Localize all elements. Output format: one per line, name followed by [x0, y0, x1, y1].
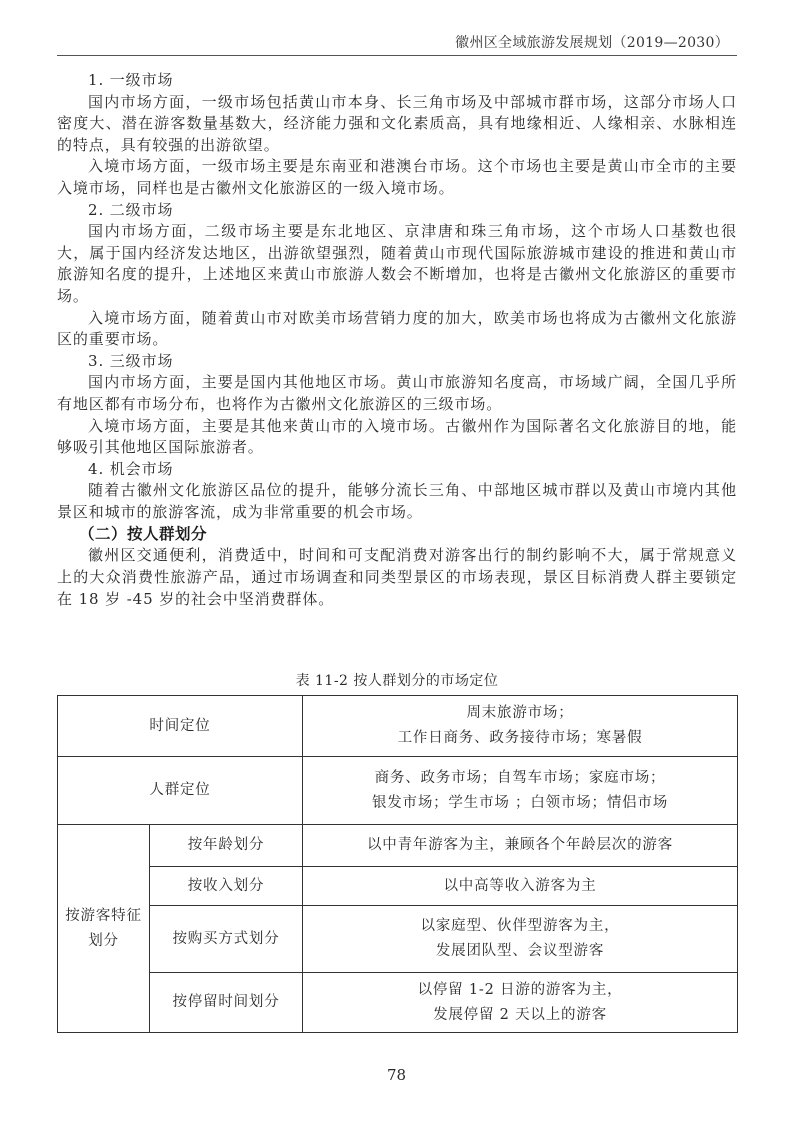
paragraph: 国内市场方面，一级市场包括黄山市本身、长三角市场及中部城市群市场，这部分市场人口… — [57, 92, 737, 157]
table-row: 按停留时间划分 以停留 1-2 日游的游客为主， 发展停留 2 天以上的游客 — [58, 973, 738, 1033]
row-value: 以家庭型、伙伴型游客为主， 发展团队型、会议型游客 — [303, 906, 738, 973]
table-caption: 表 11-2 按人群划分的市场定位 — [57, 672, 737, 690]
row-label: 按购买方式划分 — [150, 906, 303, 973]
section-heading-by-crowd: （二）按人群划分 — [57, 523, 737, 545]
paragraph: 入境市场方面，一级市场主要是东南亚和港澳台市场。这个市场也主要是黄山市全市的主要… — [57, 156, 737, 199]
heading-secondary-market: 2. 二级市场 — [57, 200, 737, 222]
row-value: 以中青年游客为主，兼顾各个年龄层次的游客 — [303, 825, 738, 867]
paragraph: 随着古徽州文化旅游区品位的提升，能够分流长三角、中部地区城市群以及黄山市境内其他… — [57, 480, 737, 523]
row-value: 周末旅游市场； 工作日商务、政务接待市场；寒暑假 — [303, 696, 738, 757]
table-row: 按收入划分 以中高等收入游客为主 — [58, 867, 738, 906]
paragraph: 入境市场方面，主要是其他来黄山市的入境市场。古徽州作为国际著名文化旅游目的地，能… — [57, 416, 737, 459]
table-row: 时间定位 周末旅游市场； 工作日商务、政务接待市场；寒暑假 — [58, 696, 738, 757]
table-row: 按购买方式划分 以家庭型、伙伴型游客为主， 发展团队型、会议型游客 — [58, 906, 738, 973]
document-title: 徽州区全域旅游发展规划（2019—2030） — [455, 34, 729, 52]
document-body: 1. 一级市场 国内市场方面，一级市场包括黄山市本身、长三角市场及中部城市群市场… — [57, 70, 737, 610]
row-label: 人群定位 — [58, 757, 303, 825]
page-header: 徽州区全域旅游发展规划（2019—2030） — [57, 34, 737, 56]
row-label: 按收入划分 — [150, 867, 303, 906]
table-row: 人群定位 商务、政务市场；自驾车市场；家庭市场； 银发市场；学生市场 ；白领市场… — [58, 757, 738, 825]
paragraph: 国内市场方面，主要是国内其他地区市场。黄山市旅游知名度高，市场域广阔，全国几乎所… — [57, 372, 737, 415]
market-positioning-table: 时间定位 周末旅游市场； 工作日商务、政务接待市场；寒暑假 人群定位 商务、政务… — [57, 695, 738, 1033]
paragraph: 徽州区交通便利，消费适中，时间和可支配消费对游客出行的制约影响不大，属于常规意义… — [57, 545, 737, 610]
row-label: 按年龄划分 — [150, 825, 303, 867]
row-value: 商务、政务市场；自驾车市场；家庭市场； 银发市场；学生市场 ；白领市场；情侣市场 — [303, 757, 738, 825]
row-value: 以停留 1-2 日游的游客为主， 发展停留 2 天以上的游客 — [303, 973, 738, 1033]
group-label: 按游客特征 划分 — [58, 825, 150, 1033]
heading-opportunity-market: 4. 机会市场 — [57, 459, 737, 481]
row-value: 以中高等收入游客为主 — [303, 867, 738, 906]
paragraph: 入境市场方面，随着黄山市对欧美市场营销力度的加大，欧美市场也将成为古徽州文化旅游… — [57, 308, 737, 351]
row-label: 按停留时间划分 — [150, 973, 303, 1033]
row-label: 时间定位 — [58, 696, 303, 757]
heading-tertiary-market: 3. 三级市场 — [57, 351, 737, 373]
page-number: 78 — [0, 1066, 793, 1084]
paragraph: 国内市场方面，二级市场主要是东北地区、京津唐和珠三角市场，这个市场人口基数也很大… — [57, 221, 737, 307]
heading-primary-market: 1. 一级市场 — [57, 70, 737, 92]
table-row: 按游客特征 划分 按年龄划分 以中青年游客为主，兼顾各个年龄层次的游客 — [58, 825, 738, 867]
